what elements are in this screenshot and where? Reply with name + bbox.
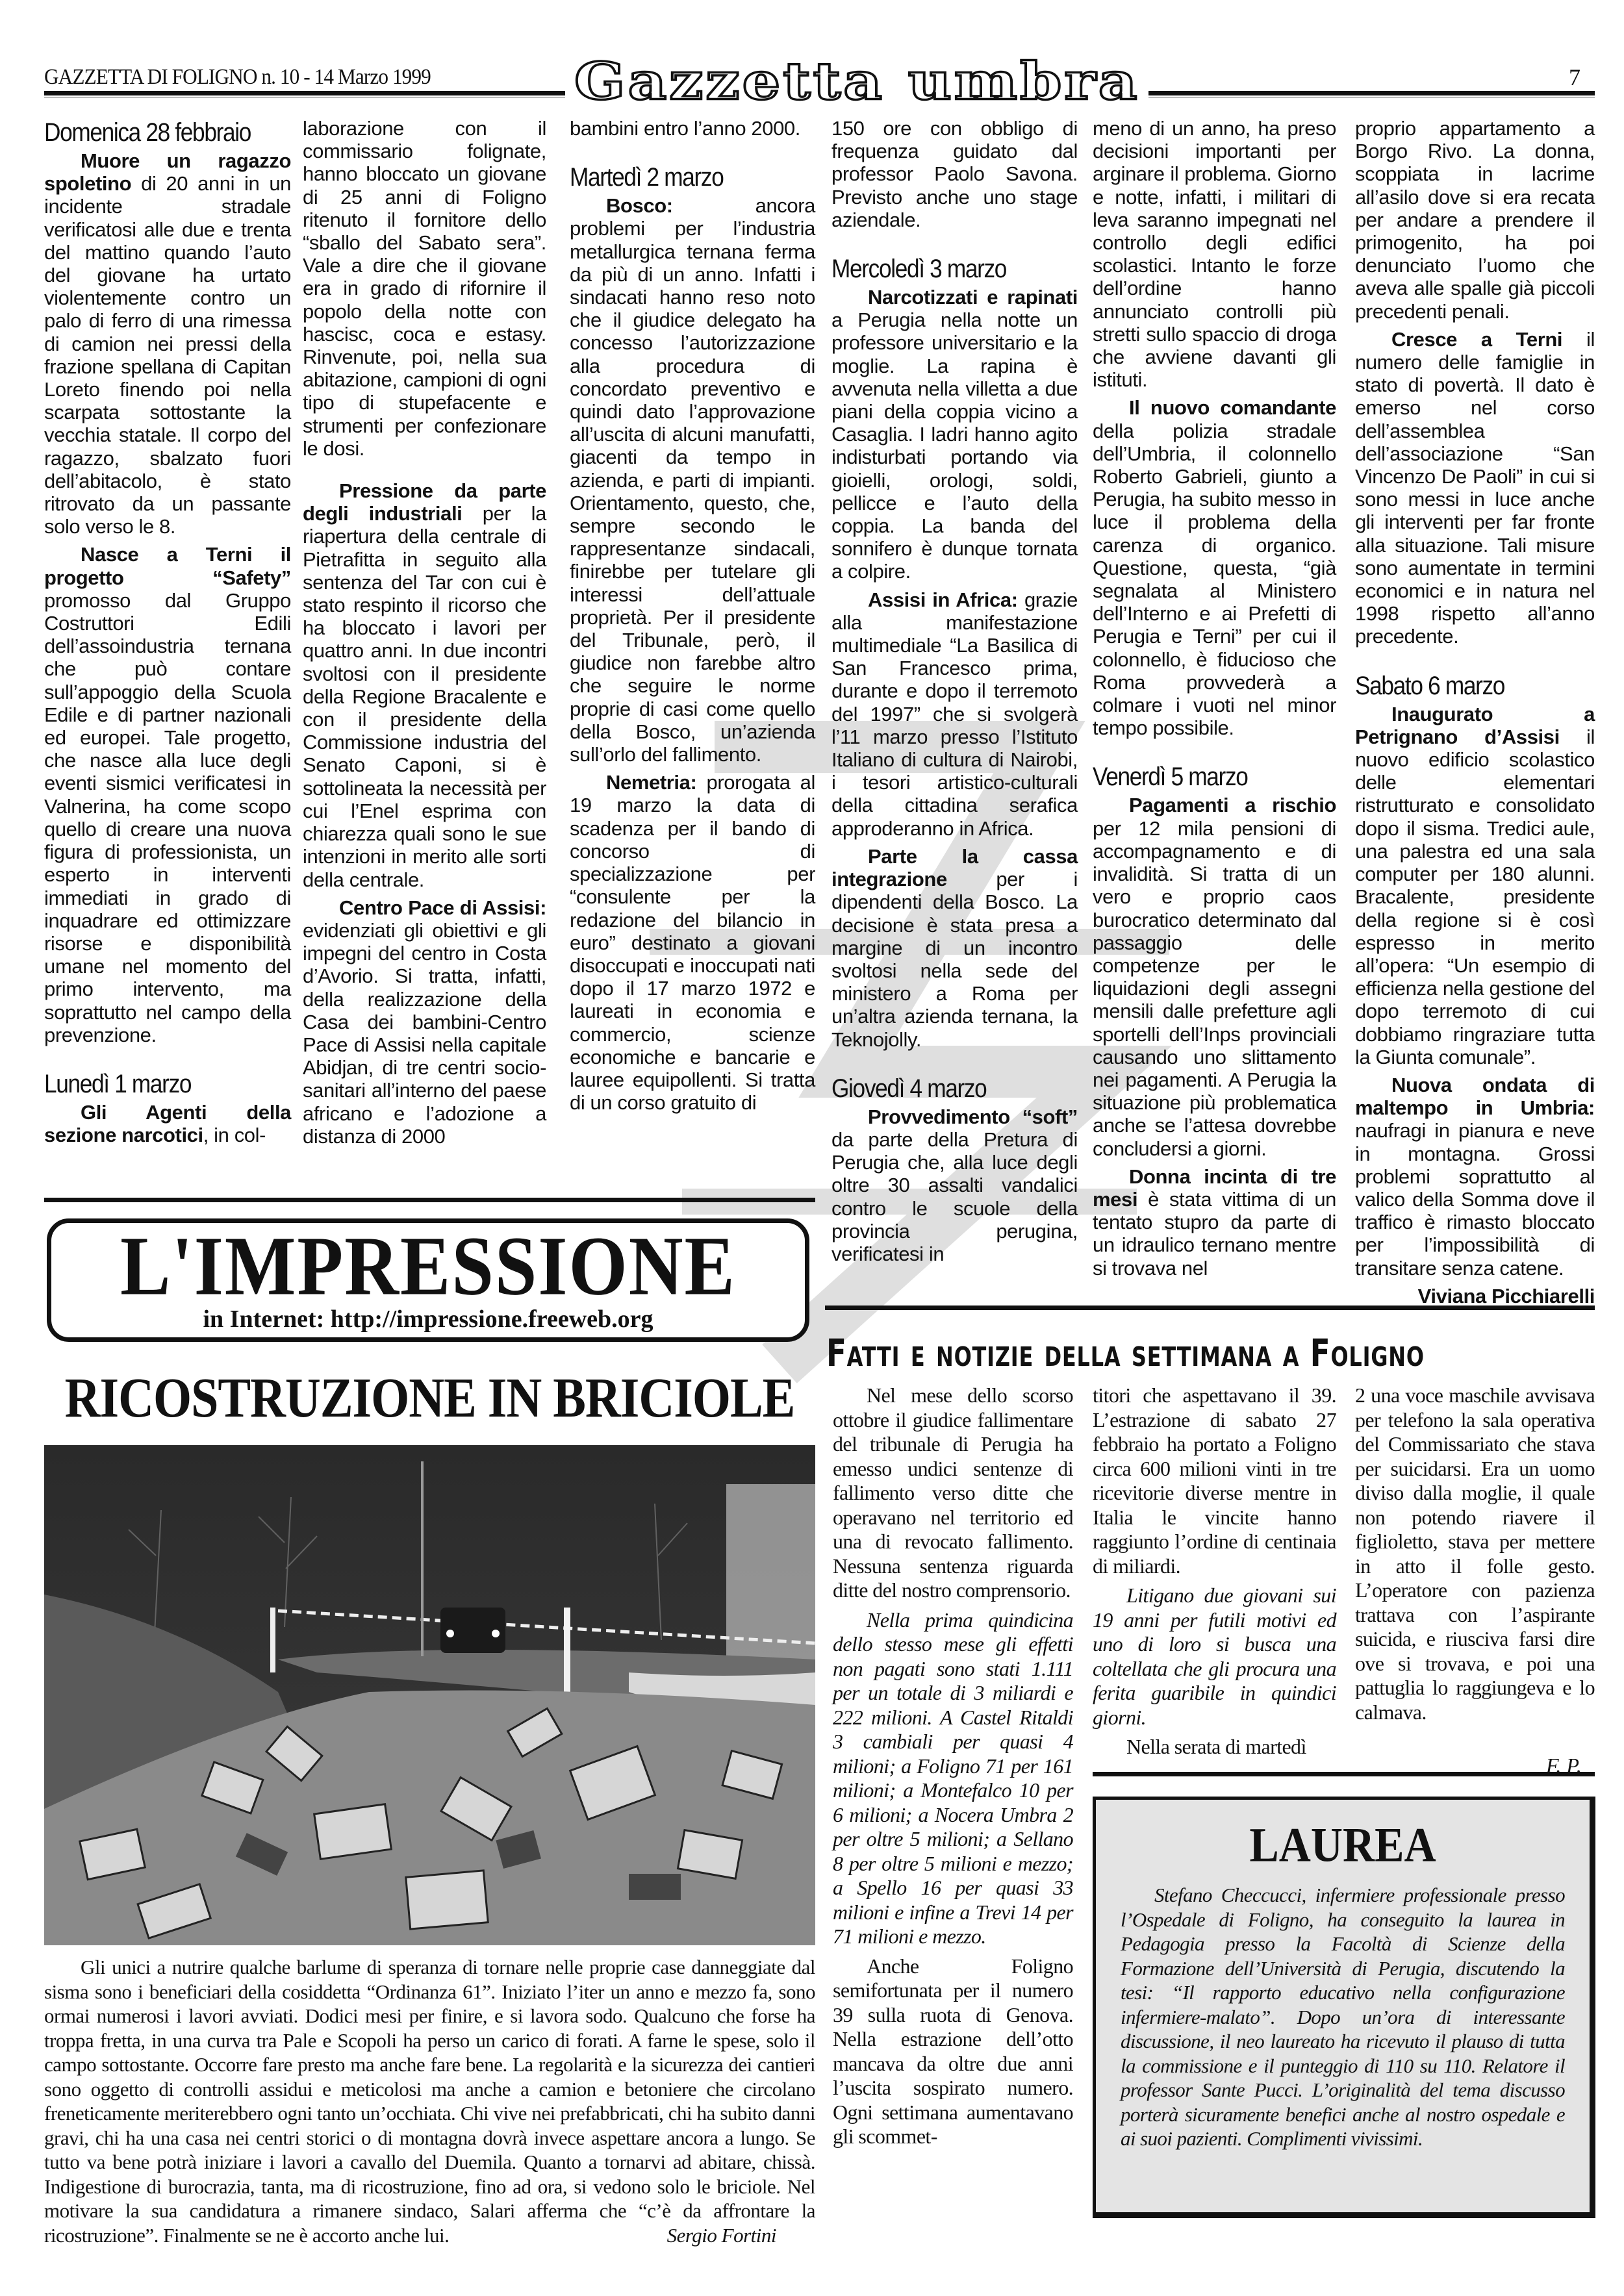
news-column-3: bambini entro l’anno 2000. Martedì 2 mar… (570, 117, 815, 1119)
news-text: , in col- (203, 1124, 266, 1146)
news-item: Il nuovo comandante della polizia strada… (1093, 396, 1336, 739)
news-item: Donna incinta di tre mesi è stata vittim… (1093, 1165, 1336, 1280)
news-item: Muore un ragazzo spoletino di 20 anni in… (44, 149, 291, 538)
news-item: Parte la cassa integrazione per i dipend… (831, 845, 1078, 1051)
caption-text: Gli unici a nutrire qualche barlume di s… (44, 1956, 815, 2247)
masthead-logo: Gazzetta umbra (565, 55, 1148, 108)
rubble-photo (44, 1445, 815, 1945)
news-lead: Bosco: (606, 194, 673, 217)
news-lead: Nasce a Terni il progetto “Safety” (44, 543, 291, 588)
news-paragraph: Anche Foligno semifortunata per il numer… (833, 1954, 1073, 2149)
news-item: Assisi in Africa: grazie alla manifestaz… (831, 588, 1078, 840)
news-item: Inaugurato a Petrignano d’Assisi il nuov… (1355, 703, 1595, 1068)
news-text: da parte della Pretura di Perugia che, a… (831, 1128, 1078, 1265)
news-paragraph: Litigano due giovani sui 19 anni per fut… (1093, 1583, 1336, 1730)
news-text: per la riapertura della centrale di Piet… (303, 502, 546, 890)
news-text: promosso dal Gruppo Costruttori Edili de… (44, 589, 291, 1046)
news-text: prorogata al 19 marzo la data di scadenz… (570, 771, 815, 1114)
news-item: Provvedimento “soft” da parte della Pret… (831, 1105, 1078, 1265)
news-text: ancora problemi per l’industria metallur… (570, 194, 815, 766)
news-paragraph: Nel mese dello scorso ottobre il giudice… (833, 1383, 1073, 1603)
news-column-2: laborazione con il commissario folignate… (303, 117, 546, 1153)
news-item: Bosco: ancora problemi per l’industria m… (570, 194, 815, 766)
news-lead: Cresce a Terni (1391, 328, 1562, 351)
news-paragraph: Nella prima quindicina dello stesso mese… (833, 1608, 1073, 1949)
news-text: laborazione con il commissario folignate… (303, 117, 546, 460)
article-headline: RICOSTRUZIONE IN BRICIOLE (44, 1361, 815, 1435)
fatti-column-2: titori che aspettavano il 39. L’estrazio… (1093, 1383, 1336, 1765)
news-item: Nasce a Terni il progetto “Safety” promo… (44, 543, 291, 1046)
fatti-column-3: 2 una voce maschile avvisava per telefon… (1355, 1383, 1595, 1730)
impressione-logo-box: L'IMPRESSIONE in Internet: http://impres… (47, 1218, 809, 1342)
news-item: Gli Agenti della sezione narcotici, in c… (44, 1101, 291, 1146)
news-text: proprio appartamento a Borgo Rivo. La do… (1355, 117, 1595, 323)
news-item: Narcotizzati e rapinati a Perugia nella … (831, 286, 1078, 583)
news-item: Pressione da parte degli industriali per… (303, 479, 546, 891)
news-text: bambini entro l’anno 2000. (570, 117, 815, 140)
news-text: grazie alla manifestazione multimediale … (831, 588, 1078, 840)
section-rule (1093, 1772, 1595, 1776)
news-lead: Nuova ondata di maltempo in Umbria: (1355, 1074, 1595, 1119)
news-paragraph-italic: Litigano due giovani sui 19 anni per fut… (1093, 1583, 1336, 1729)
news-item: Nemetria: prorogata al 19 marzo la data … (570, 771, 815, 1114)
news-item: Pagamenti a rischio per 12 mila pensioni… (1093, 794, 1336, 1159)
day-heading: Mercoledì 3 marzo (831, 253, 1048, 284)
section-heading: Fatti e notizie della settimana a Folign… (826, 1330, 1427, 1376)
day-heading: Domenica 28 febbraio (44, 117, 261, 148)
news-text: naufragi in pianura e neve in montagna. … (1355, 1119, 1595, 1279)
news-lead: Nemetria: (606, 771, 696, 794)
fatti-column-1: Nel mese dello scorso ottobre il giudice… (833, 1383, 1073, 2154)
news-paragraph-italic: Nella prima quindicina dello stesso mese… (833, 1608, 1073, 1949)
laurea-box: LAUREA Stefano Checcucci, infermiere pro… (1093, 1797, 1595, 2218)
news-text: per 12 mila pensioni di accompagnamento … (1093, 817, 1336, 1160)
day-heading: Lunedì 1 marzo (44, 1068, 261, 1100)
news-text: evidenziati gli obiettivi e gli impegni … (303, 919, 546, 1148)
news-text: il nuovo edificio scolastico delle eleme… (1355, 725, 1595, 1068)
day-heading: Giovedì 4 marzo (831, 1073, 1048, 1104)
author-signature: Viviana Picchiarelli (1355, 1285, 1595, 1307)
section-rule (825, 1306, 1595, 1310)
news-paragraph: 2 una voce maschile avvisava per telefon… (1355, 1383, 1595, 1724)
page-number: 7 (1569, 64, 1580, 91)
news-paragraph: titori che aspettavano il 39. L’estrazio… (1093, 1383, 1336, 1578)
photo-caption: Gli unici a nutrire qualche barlume di s… (44, 1955, 815, 2247)
news-lead: Il nuovo comandante (1129, 396, 1336, 419)
news-item: Nuova ondata di maltempo in Umbria: nauf… (1355, 1074, 1595, 1280)
news-text: della polizia stradale dell’Umbria, il c… (1093, 420, 1336, 740)
news-paragraph: Nella serata di martedì (1093, 1735, 1336, 1760)
news-lead: Inaugurato a Petrignano d’Assisi (1355, 703, 1595, 748)
news-lead: Pagamenti a rischio (1129, 794, 1336, 816)
publication-line: GAZZETTA DI FOLIGNO n. 10 - 14 Marzo 199… (44, 65, 431, 90)
news-column-6: proprio appartamento a Borgo Rivo. La do… (1355, 117, 1595, 1307)
news-lead: Centro Pace di Assisi: (339, 896, 546, 919)
news-text: il numero delle famiglie in stato di pov… (1355, 328, 1595, 648)
section-rule (44, 1198, 815, 1202)
impressione-logo: L'IMPRESSIONE (51, 1226, 805, 1306)
news-text: di 20 anni in un incidente stradale veri… (44, 172, 291, 538)
day-heading: Martedì 2 marzo (570, 162, 786, 193)
news-lead: Provvedimento “soft” (868, 1105, 1078, 1128)
news-text: 150 ore con obbligo di frequenza guidato… (831, 117, 1078, 231)
news-column-1: Domenica 28 febbraio Muore un ragazzo sp… (44, 117, 291, 1152)
news-lead: Narcotizzati e rapinati (868, 286, 1078, 309)
day-heading: Venerdì 5 marzo (1093, 761, 1307, 792)
news-text: a Perugia nella notte un professore univ… (831, 309, 1078, 583)
laurea-title: LAUREA (1096, 1820, 1590, 1870)
news-column-5: meno di un anno, ha preso decisioni impo… (1093, 117, 1336, 1285)
news-item: Cresce a Terni il numero delle famiglie … (1355, 328, 1595, 648)
laurea-text: Stefano Checcucci, infermiere profession… (1121, 1883, 1565, 2151)
news-column-4: 150 ore con obbligo di frequenza guidato… (831, 117, 1078, 1270)
day-heading: Sabato 6 marzo (1355, 670, 1566, 701)
news-text: meno di un anno, ha preso decisioni impo… (1093, 117, 1336, 391)
news-lead: Assisi in Africa: (868, 588, 1018, 611)
impressione-url: in Internet: http://impressione.freeweb.… (51, 1306, 805, 1332)
news-text: per i dipendenti della Bosco. La decisio… (831, 868, 1078, 1050)
author-byline: Sergio Fortini (631, 2223, 776, 2248)
news-item: Centro Pace di Assisi: evidenziati gli o… (303, 896, 546, 1148)
